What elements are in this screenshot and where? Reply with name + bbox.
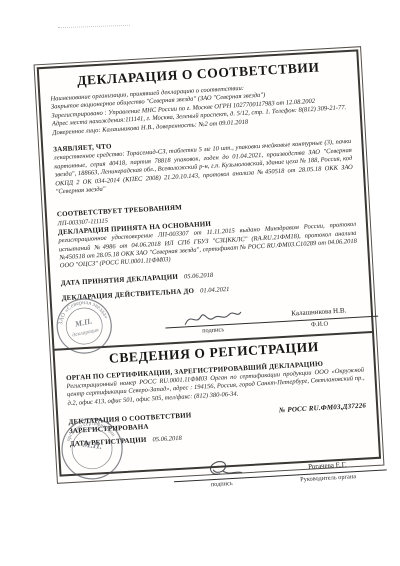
signer-block: Калашникова Н.В. Ф.И.О	[260, 304, 379, 331]
certification-round-stamp: орган по сертификации М.П.	[57, 413, 128, 484]
pencil-smudge	[58, 25, 130, 32]
registered-number: № РОСС RU.ФМ03,Д37226	[279, 402, 367, 416]
adoption-date-label: ДАТА ПРИНЯТИЯ ДЕКЛАРАЦИИ	[61, 273, 179, 289]
stamp-space-2	[73, 491, 161, 496]
stamp2-mp-text: М.П.	[81, 439, 103, 451]
valid-until-value: 01.04.2021	[200, 286, 230, 296]
registration-date-value: 05.06.2018	[152, 435, 182, 445]
company-round-stamp: ЗАО «Северная звезда» М.П. декларация	[50, 292, 118, 360]
registrar-block: Рогачева Е.Г. Руководитель органа	[268, 458, 387, 485]
registration-signature-block: подпись	[173, 457, 269, 490]
signature-block: подпись	[165, 307, 261, 336]
adoption-date-value: 05.06.2018	[184, 272, 214, 282]
document-inner-frame: ДЕКЛАРАЦИЯ О СООТВЕТСТВИИ Наименование о…	[37, 49, 381, 476]
declaration-document: ДЕКЛАРАЦИЯ О СООТВЕТСТВИИ Наименование о…	[34, 46, 385, 484]
stamp-mp-text: М.П.	[73, 317, 93, 329]
